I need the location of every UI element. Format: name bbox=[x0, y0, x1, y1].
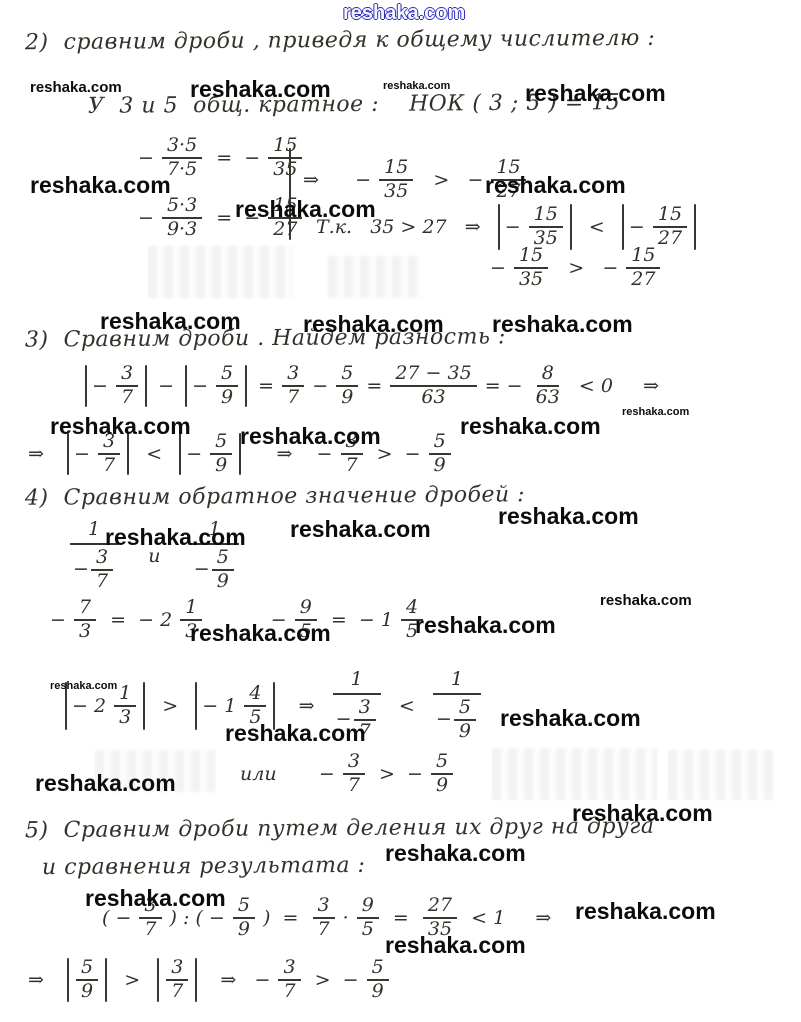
complex-fraction: 1− 59 bbox=[191, 520, 239, 592]
handwritten-text: = bbox=[381, 907, 421, 929]
difference-line: − 37 − − 59 = 37 − 59 = 27 − 3563 = − 86… bbox=[80, 364, 659, 408]
fraction: 59 bbox=[454, 698, 476, 742]
abs-compare-line: − 2 13 > − 1 45 ⇒ 1− 37 < 1− 59 bbox=[60, 670, 481, 742]
handwritten-text: − bbox=[74, 443, 96, 465]
handwritten-text: − bbox=[192, 375, 214, 397]
step2-note: У 3 и 5 общ. кратное : НОК ( 3 ; 5 ) = 1… bbox=[88, 90, 620, 119]
vertical-bar bbox=[105, 958, 107, 1002]
fraction: 59 bbox=[367, 958, 389, 1002]
fraction: 1535 bbox=[529, 205, 563, 249]
handwritten-text: Т.к. 35 > 27 ⇒ bbox=[316, 216, 493, 238]
handwritten-text: = bbox=[252, 375, 280, 397]
step2-conclusion: − 1535 > − 1527 bbox=[490, 246, 662, 290]
fraction: 59 bbox=[429, 432, 451, 476]
vertical-bar bbox=[185, 365, 187, 407]
vertical-bar bbox=[157, 958, 159, 1002]
handwritten-text: − bbox=[152, 375, 180, 397]
fraction: 37 bbox=[139, 896, 161, 940]
handwritten-text: > − bbox=[415, 169, 489, 191]
handwritten-text: и bbox=[118, 545, 191, 567]
vertical-bar bbox=[273, 682, 275, 730]
fraction: 1527 bbox=[653, 205, 687, 249]
handwritten-text: > bbox=[150, 695, 190, 717]
fraction: 3·57·5 bbox=[162, 136, 202, 180]
vertical-bar bbox=[143, 682, 145, 730]
fraction: 13 bbox=[114, 684, 136, 728]
fraction: 1535 bbox=[514, 246, 548, 290]
fraction: 5·39·3 bbox=[162, 196, 202, 240]
handwritten-text: = bbox=[360, 375, 388, 397]
handwritten-text: = − bbox=[479, 375, 529, 397]
handwritten-text: > − bbox=[550, 257, 624, 279]
handwritten-text: − bbox=[92, 375, 114, 397]
handwritten-text: − 2 bbox=[72, 695, 112, 717]
handwritten-text: > − bbox=[365, 443, 427, 465]
fraction: 95 bbox=[295, 598, 317, 642]
vertical-bar bbox=[127, 433, 129, 475]
handwritten-text: ⇒ bbox=[28, 969, 62, 991]
fraction: 37 bbox=[166, 958, 188, 1002]
reciprocal-line: 1− 37 и 1− 59 bbox=[70, 520, 239, 592]
implies-compare: ⇒ − 1535 > − 1527 bbox=[303, 158, 528, 202]
handwriting-layer: 2) сравним дроби , приведя к общему числ… bbox=[0, 0, 801, 1022]
handwritten-text: − bbox=[138, 147, 160, 169]
fraction: 37 bbox=[313, 896, 335, 940]
fraction: 45 bbox=[244, 684, 266, 728]
handwritten-text: 2) сравним дроби , приведя к общему числ… bbox=[25, 26, 655, 55]
vertical-bar bbox=[239, 433, 241, 475]
division-line: ( − 37 ) : ( − 59 ) = 37 · 95 = 2735 < 1… bbox=[102, 896, 551, 940]
vertical-bar bbox=[145, 365, 147, 407]
eq-common-num-1: − 3·57·5 = − 1535 bbox=[138, 136, 304, 180]
vertical-bar bbox=[67, 433, 69, 475]
fraction: 1527 bbox=[491, 158, 525, 202]
scanned-page: 2) сравним дроби , приведя к общему числ… bbox=[0, 0, 801, 1022]
final-conclusion: ⇒ 59 > 37 ⇒ − 37 > − 59 bbox=[28, 958, 391, 1002]
fraction: 37 bbox=[278, 958, 300, 1002]
fraction: 37 bbox=[98, 432, 120, 476]
handwritten-text: 5) Сравним дроби путем деления их друг н… bbox=[25, 814, 655, 843]
fraction: 59 bbox=[210, 432, 232, 476]
handwritten-text: − bbox=[50, 609, 72, 631]
vertical-bar bbox=[195, 682, 197, 730]
handwritten-text: ) = bbox=[257, 907, 311, 929]
complex-fraction: 1− 37 bbox=[70, 520, 118, 592]
mixed-number-line: − 73 = − 2 13 − 95 = − 1 45 bbox=[50, 598, 425, 642]
fraction: 37 bbox=[341, 432, 363, 476]
handwritten-text: или − bbox=[240, 763, 341, 785]
handwritten-text: ⇒ − bbox=[303, 169, 377, 191]
handwritten-text: ( − bbox=[102, 907, 137, 929]
vertical-bar bbox=[694, 204, 696, 250]
handwritten-text: − bbox=[306, 375, 334, 397]
handwritten-text: > bbox=[112, 969, 152, 991]
handwritten-text: = − 1 bbox=[319, 609, 399, 631]
fraction: 863 bbox=[531, 364, 565, 408]
handwritten-text: У 3 и 5 общ. кратное : НОК ( 3 ; 5 ) = 1… bbox=[88, 90, 620, 119]
handwritten-text: ⇒ − bbox=[202, 969, 276, 991]
handwritten-text: ) : ( − bbox=[164, 907, 231, 929]
handwritten-text: = − 2 bbox=[98, 609, 178, 631]
fraction: 59 bbox=[212, 548, 234, 592]
divider-bar bbox=[284, 148, 296, 240]
handwritten-text: − bbox=[490, 257, 512, 279]
vertical-bar bbox=[67, 958, 69, 1002]
vertical-bar bbox=[570, 204, 572, 250]
handwritten-text: > − bbox=[367, 763, 429, 785]
step2-title: 2) сравним дроби , приведя к общему числ… bbox=[25, 26, 655, 55]
handwritten-text: − bbox=[505, 216, 527, 238]
step5-title-1: 5) Сравним дроби путем деления их друг н… bbox=[25, 814, 655, 843]
step3-conclusion: ⇒ − 37 < − 59 ⇒ − 37 > − 59 bbox=[28, 432, 453, 476]
step5-title-2: и сравнения результата : bbox=[42, 853, 366, 880]
vertical-bar bbox=[622, 204, 624, 250]
fraction: 1527 bbox=[626, 246, 660, 290]
handwritten-text: ⇒ bbox=[280, 695, 332, 717]
handwritten-text: · bbox=[337, 907, 355, 929]
handwritten-text: 3) Сравним дроби . Найдем разность : bbox=[25, 324, 506, 352]
handwritten-text: − bbox=[204, 609, 292, 631]
fraction: 2735 bbox=[423, 896, 457, 940]
fraction: 1535 bbox=[379, 158, 413, 202]
handwritten-text: < 0 ⇒ bbox=[567, 375, 659, 397]
handwritten-text: < bbox=[577, 216, 617, 238]
vertical-bar bbox=[245, 365, 247, 407]
handwritten-text: и сравнения результата : bbox=[42, 853, 366, 880]
fraction: 59 bbox=[233, 896, 255, 940]
fraction: 37 bbox=[91, 548, 113, 592]
fraction: 59 bbox=[336, 364, 358, 408]
vertical-bar bbox=[179, 433, 181, 475]
fraction: 59 bbox=[76, 958, 98, 1002]
handwritten-text: < bbox=[134, 443, 174, 465]
handwritten-text: − bbox=[629, 216, 651, 238]
fraction: 13 bbox=[180, 598, 202, 642]
handwritten-text: ⇒ − bbox=[246, 443, 338, 465]
handwritten-text: < 1 ⇒ bbox=[459, 907, 551, 929]
fraction: 37 bbox=[282, 364, 304, 408]
handwritten-text: = − bbox=[204, 147, 266, 169]
complex-fraction: 1− 37 bbox=[333, 670, 381, 742]
handwritten-text: ⇒ bbox=[28, 443, 62, 465]
fraction: 37 bbox=[116, 364, 138, 408]
vertical-bar bbox=[65, 682, 67, 730]
vertical-bar bbox=[85, 365, 87, 407]
fraction: 45 bbox=[401, 598, 423, 642]
handwritten-text: − bbox=[186, 443, 208, 465]
handwritten-text: − 1 bbox=[202, 695, 242, 717]
handwritten-text: 4) Сравним обратное значение дробей : bbox=[25, 482, 525, 510]
vertical-bar bbox=[195, 958, 197, 1002]
step4-title: 4) Сравним обратное значение дробей : bbox=[25, 482, 525, 510]
vertical-bar bbox=[498, 204, 500, 250]
fraction: 95 bbox=[357, 896, 379, 940]
vertical-bar bbox=[289, 148, 291, 240]
fraction: 73 bbox=[74, 598, 96, 642]
handwritten-text: < bbox=[381, 695, 433, 717]
handwritten-text: − bbox=[138, 207, 160, 229]
step3-title: 3) Сравним дроби . Найдем разность : bbox=[25, 324, 506, 352]
fraction: 59 bbox=[431, 752, 453, 796]
or-line: или − 37 > − 59 bbox=[240, 752, 455, 796]
complex-fraction: 1− 59 bbox=[433, 670, 481, 742]
fraction: 37 bbox=[354, 698, 376, 742]
eq-common-num-2: − 5·39·3 = − 1527 bbox=[138, 196, 304, 240]
fraction: 27 − 3563 bbox=[390, 364, 476, 408]
fraction: 37 bbox=[343, 752, 365, 796]
fraction: 59 bbox=[216, 364, 238, 408]
handwritten-text: > − bbox=[303, 969, 365, 991]
handwritten-text: = − bbox=[204, 207, 266, 229]
